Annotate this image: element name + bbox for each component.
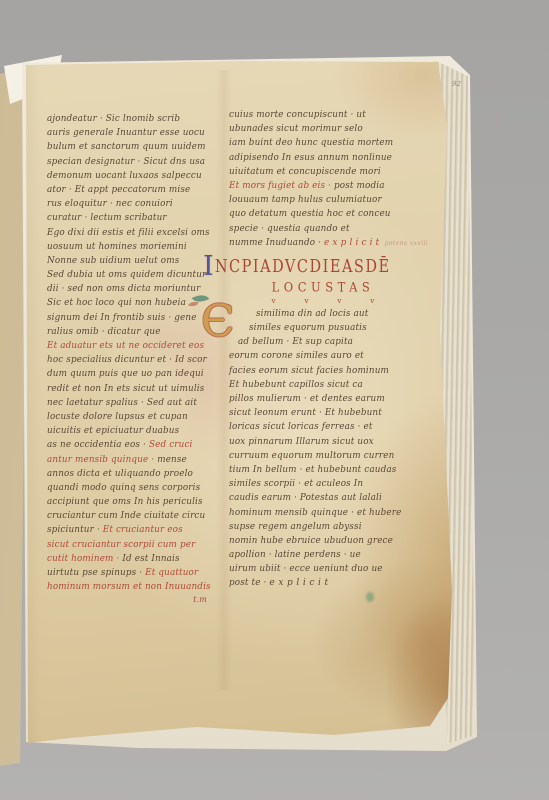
- manuscript-text-line: sicut leonum erunt · Et hubebunt: [229, 406, 427, 420]
- body-text: dum quum puis que uo pan idequi: [47, 369, 204, 379]
- body-text: caudis earum · Potestas aut lalali: [229, 493, 382, 503]
- manuscript-text-line: hominum mensib quinque · et hubere: [229, 506, 427, 520]
- manuscript-text-line: rus eloquitur · nec conuiori: [47, 197, 223, 211]
- body-text: ralius omib · dicatur que: [47, 327, 161, 337]
- folio-number: 92: [452, 80, 461, 88]
- manuscript-text-line: similes scorpii · et aculeos In: [229, 477, 427, 491]
- manuscript-text-line: cuius morte concupiscunt · ut: [229, 108, 427, 122]
- manuscript-text-line: locuste dolore lupsus et cupan: [47, 410, 223, 424]
- manuscript-text-line: t.m: [47, 594, 223, 606]
- body-text: adipisendo In esus annum nonlinue: [229, 153, 392, 163]
- manuscript-text-line: nec laetatur spalius · Sed aut ait: [47, 396, 223, 410]
- right-column-body-lines: similima din ad locis autsimiles equorum…: [229, 307, 427, 591]
- body-text: curatur · lectum scribatur: [47, 213, 167, 223]
- right-column-top-block: cuius morte concupiscunt · utubunades si…: [229, 108, 427, 250]
- manuscript-text-line: eorum corone similes auro et: [229, 349, 427, 363]
- manuscript-text-line: uox pinnarum Illarum sicut uox: [229, 435, 427, 449]
- manuscript-text-line: apollion · latine perdens · ue: [229, 548, 427, 562]
- manuscript-text-line: iam buint deo hunc questia mortem: [229, 136, 427, 150]
- body-text: auris generale Inuantur esse uocu: [47, 128, 205, 138]
- body-text: hoc specialius dicuntur et · Id scor: [47, 355, 207, 365]
- manuscript-text-line: quo detatum questia hoc et conceu: [229, 207, 427, 221]
- manuscript-text-line: specie · questia quando et: [229, 222, 427, 236]
- body-text: demonum uocant luxaos salpeccu: [47, 171, 202, 181]
- body-text: ad bellum · Et sup capita: [238, 337, 353, 347]
- manuscript-text-line: specian designatur · Sicut dns usa: [47, 155, 223, 169]
- body-text: uicuitis et epiciuatur duabus: [47, 426, 179, 436]
- manuscript-text-line: facies eorum sicut facies hominum: [229, 364, 427, 378]
- body-text: numme Inuduando ·: [229, 238, 324, 248]
- body-text: post modia: [334, 181, 385, 191]
- manuscript-text-line: uiuitatum et concupiscende mori: [229, 165, 427, 179]
- manuscript-text-line: Ego dixi dii estis et filii excelsi oms: [47, 226, 223, 240]
- body-text: louuaum tamp hulus culumiatuor: [229, 195, 382, 205]
- body-text: locuste dolore lupsus et cupan: [47, 412, 188, 422]
- body-text: bulum et sanctorum quum uuidem: [47, 142, 206, 152]
- body-text: tium In bellum · et hubebunt caudas: [229, 465, 396, 475]
- body-text: mense: [157, 455, 187, 465]
- rubric-text: hominum morsum et non Inuuandis: [47, 582, 211, 592]
- rubric-text: explicit: [324, 238, 382, 248]
- rubric-text: Et mors fugiet ab eis ·: [229, 181, 334, 191]
- manuscript-text-line: ajondeatur · Sic lnomib scrib: [47, 112, 223, 126]
- manuscript-text-line: post te · explicit: [229, 576, 427, 590]
- manuscript-text-line: louuaum tamp hulus culumiatuor: [229, 193, 427, 207]
- heading-initial-i: I: [203, 257, 214, 277]
- manuscript-text-line: ad bellum · Et sup capita: [229, 335, 427, 349]
- rubric-ornament-row: v v v v: [219, 295, 427, 306]
- body-text: loricas sicut loricas ferreas · et: [229, 422, 373, 432]
- manuscript-text-line: quandi modo quinq sens corporis: [47, 481, 223, 495]
- manuscript-text-line: auris generale Inuantur esse uocu: [47, 126, 223, 140]
- body-text: Sic et hoc loco qui non hubeia: [47, 298, 186, 308]
- manuscript-text-line: Nonne sub uidium uelut oms: [47, 254, 223, 268]
- manuscript-text-line: hominum morsum et non Inuuandis: [47, 580, 223, 594]
- manuscript-text-line: ralius omib · dicatur que: [47, 325, 223, 339]
- body-text: as ne occidentia eos ·: [47, 440, 149, 450]
- body-text: Nonne sub uidium uelut oms: [47, 256, 179, 266]
- body-text: hominum mensib quinque · et hubere: [229, 508, 401, 518]
- manuscript-text-line: curatur · lectum scribatur: [47, 211, 223, 225]
- rubric-text: Et cruciantur eos: [103, 525, 183, 535]
- manuscript-text-line: curruum equorum multorum curren: [229, 449, 427, 463]
- body-text: annos dicta et uliquando proelo: [47, 469, 193, 479]
- manuscript-text-line: annos dicta et uliquando proelo: [47, 467, 223, 481]
- body-text: post te ·: [229, 578, 269, 588]
- body-text: quandi modo quinq sens corporis: [47, 483, 200, 493]
- body-text: supse regem angelum abyssi: [229, 522, 362, 532]
- manuscript-text-line: hoc specialius dicuntur et · Id scor: [47, 353, 223, 367]
- manuscript-text-line: cutit hominem · Id est Innais: [47, 552, 223, 566]
- body-text: ator · Et appt peccatorum mise: [47, 185, 190, 195]
- body-text: dii · sed non oms dicta moriuntur: [47, 284, 200, 294]
- body-text: rus eloquitur · nec conuiori: [47, 199, 173, 209]
- manuscript-text-line: Et aduatur ets ut ne occideret eos: [47, 339, 223, 353]
- manuscript-text-line: Et hubebunt capillos sicut ca: [229, 378, 427, 392]
- manuscript-text-line: numme Inuduando · explicit potens xxviii: [229, 236, 427, 250]
- manuscript-text-line: ubunades sicut morimur selo: [229, 122, 427, 136]
- manuscript-text-line: ator · Et appt peccatorum mise: [47, 183, 223, 197]
- body-text: explicit: [269, 578, 331, 588]
- text-column-left: ajondeatur · Sic lnomib scribauris gener…: [47, 112, 223, 606]
- manuscript-text-line: signum dei In frontib suis · gene: [47, 311, 223, 325]
- rubric-text: cutit hominem ·: [47, 554, 122, 564]
- body-text: quo detatum questia hoc et conceu: [229, 209, 391, 219]
- body-text: Ego dixi dii estis et filii excelsi oms: [47, 228, 210, 238]
- manuscript-text-line: antur mensib quinque · mense: [47, 453, 223, 467]
- body-text: spiciuntur ·: [47, 525, 103, 535]
- body-text: signum dei In frontib suis · gene: [47, 313, 197, 323]
- rubric-text: t.m: [193, 595, 207, 604]
- manuscript-text-line: tium In bellum · et hubebunt caudas: [229, 463, 427, 477]
- body-text: specie · questia quando et: [229, 224, 350, 234]
- body-text: facies eorum sicut facies hominum: [229, 366, 389, 376]
- manuscript-text-line: Sed dubia ut oms quidem dicuntur: [47, 268, 223, 282]
- body-text: iam buint deo hunc questia mortem: [229, 138, 393, 148]
- manuscript-text-line: Et mors fugiet ab eis · post modia: [229, 179, 427, 193]
- body-text: uosuum ut homines moriemini: [47, 242, 187, 252]
- decorated-initial-e: Є: [201, 300, 235, 344]
- body-text: specian designatur · Sicut dns usa: [47, 157, 205, 167]
- manuscript-text-line: uirum ubiit · ecce ueniunt duo ue: [229, 562, 427, 576]
- body-text: nec laetatur spalius · Sed aut ait: [47, 398, 197, 408]
- body-text: sicut leonum erunt · Et hubebunt: [229, 408, 382, 418]
- rubric-text: Sed cruci: [149, 440, 193, 450]
- body-text: nomin hube ebruice ubuduon grece: [229, 536, 393, 546]
- body-text: Id est Innais: [122, 554, 179, 564]
- manuscript-text-line: uicuitis et epiciuatur duabus: [47, 424, 223, 438]
- manuscript-text-line: redit et non In ets sicut ut uimulis: [47, 382, 223, 396]
- body-text: potens xxviii: [382, 240, 428, 247]
- incipit-heading: I NCPIADVCDIEASDĒ: [203, 253, 427, 277]
- body-text: Et hubebunt capillos sicut ca: [229, 380, 363, 390]
- body-text: pillos mulierum · et dentes earum: [229, 394, 385, 404]
- manuscript-text-line: loricas sicut loricas ferreas · et: [229, 420, 427, 434]
- body-text: redit et non In ets sicut ut uimulis: [47, 384, 204, 394]
- body-text: eorum corone similes auro et: [229, 351, 364, 361]
- heading-subtitle-locustas: LOCUSTAS: [219, 279, 427, 294]
- manuscript-text-line: dum quum puis que uo pan idequi: [47, 367, 223, 381]
- body-text: uox pinnarum Illarum sicut uox: [229, 437, 374, 447]
- body-text: uiuitatum et concupiscende mori: [229, 167, 381, 177]
- body-text: accipiunt que oms In his periculis: [47, 497, 203, 507]
- manuscript-text-line: uosuum ut homines moriemini: [47, 240, 223, 254]
- manuscript-text-line: dii · sed non oms dicta moriuntur: [47, 282, 223, 296]
- manuscript-text-line: nomin hube ebruice ubuduon grece: [229, 534, 427, 548]
- green-pigment-smudge: [366, 592, 374, 602]
- manuscript-photo: 92 ajondeatur · Sic lnomib scribauris ge…: [0, 0, 549, 800]
- body-text: ajondeatur · Sic lnomib scrib: [47, 114, 180, 124]
- manuscript-text-line: cruciantur cum Inde ciuitate circu: [47, 509, 223, 523]
- incipit-heading-text: NCPIADVCDIEASDĒ: [215, 257, 391, 277]
- text-column-right: cuius morte concupiscunt · utubunades si…: [229, 108, 427, 591]
- body-text: Sed dubia ut oms quidem dicuntur: [47, 270, 206, 280]
- manuscript-text-line: sicut cruciantur scorpii cum per: [47, 538, 223, 552]
- manuscript-text-line: accipiunt que oms In his periculis: [47, 495, 223, 509]
- manuscript-text-line: demonum uocant luxaos salpeccu: [47, 169, 223, 183]
- body-text: cruciantur cum Inde ciuitate circu: [47, 511, 205, 521]
- manuscript-text-line: adipisendo In esus annum nonlinue: [229, 151, 427, 165]
- right-column-body-block: Є similima din ad locis autsimiles equor…: [229, 307, 427, 591]
- body-text: ubunades sicut morimur selo: [229, 124, 363, 134]
- rubric-text: Et quattuor: [145, 568, 198, 578]
- rubric-text: antur mensib quinque ·: [47, 455, 157, 465]
- body-text: apollion · latine perdens · ue: [229, 550, 361, 560]
- body-text: cuius morte concupiscunt · ut: [229, 110, 366, 120]
- body-text: uirum ubiit · ecce ueniunt duo ue: [229, 564, 383, 574]
- rubric-text: Et aduatur ets ut ne occideret eos: [47, 341, 204, 351]
- body-text: curruum equorum multorum curren: [229, 451, 394, 461]
- manuscript-text-line: uirtutu pse spinups · Et quattuor: [47, 566, 223, 580]
- body-text: uirtutu pse spinups ·: [47, 568, 145, 578]
- rubric-text: sicut cruciantur scorpii cum per: [47, 540, 195, 550]
- manuscript-text-line: similes equorum pusuatis: [229, 321, 427, 335]
- manuscript-text-line: spiciuntur · Et cruciantur eos: [47, 523, 223, 537]
- body-text: similes scorpii · et aculeos In: [229, 479, 363, 489]
- body-text: similima din ad locis aut: [256, 309, 368, 319]
- manuscript-text-line: as ne occidentia eos · Sed cruci: [47, 438, 223, 452]
- manuscript-text-line: supse regem angelum abyssi: [229, 520, 427, 534]
- manuscript-text-line: similima din ad locis aut: [229, 307, 427, 321]
- manuscript-text-line: pillos mulierum · et dentes earum: [229, 392, 427, 406]
- manuscript-text-line: bulum et sanctorum quum uuidem: [47, 140, 223, 154]
- manuscript-text-line: caudis earum · Potestas aut lalali: [229, 491, 427, 505]
- body-text: similes equorum pusuatis: [249, 323, 367, 333]
